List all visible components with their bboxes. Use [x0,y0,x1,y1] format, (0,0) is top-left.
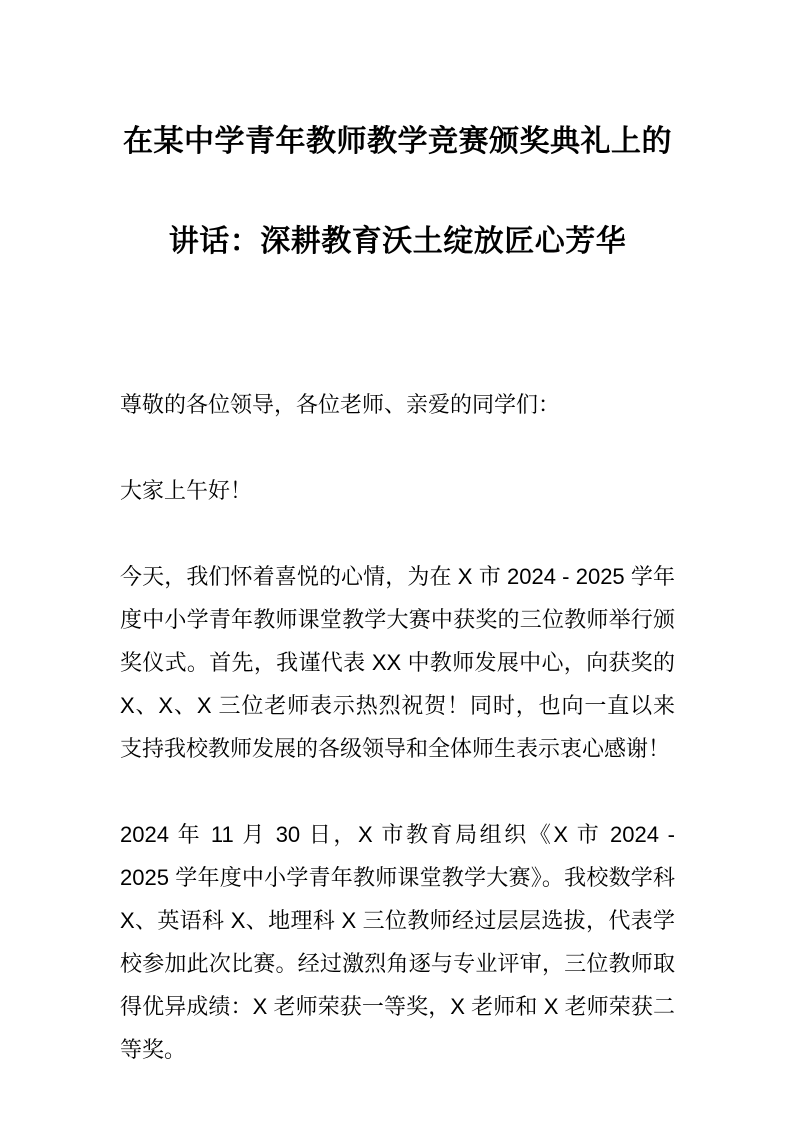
document-page: 在某中学青年教师教学竞赛颁奖典礼上的 讲话：深耕教育沃土绽放匠心芳华 尊敬的各位… [0,0,793,1122]
paragraph-body-1: 今天，我们怀着喜悦的心情，为在 X 市 2024 - 2025 学年度中小学青年… [120,555,675,770]
document-title-line-1: 在某中学青年教师教学竞赛颁奖典礼上的 [120,0,675,160]
document-title-line-2: 讲话：深耕教育沃土绽放匠心芳华 [120,224,675,260]
paragraph-body-2: 2024 年 11 月 30 日，X 市教育局组织《X 市 2024 - 202… [120,813,675,1071]
paragraph-greeting: 尊敬的各位领导，各位老师、亲爱的同学们： [120,383,675,426]
document-body: 尊敬的各位领导，各位老师、亲爱的同学们： 大家上午好！ 今天，我们怀着喜悦的心情… [120,260,675,1071]
paragraph-salutation: 大家上午好！ [120,469,675,512]
